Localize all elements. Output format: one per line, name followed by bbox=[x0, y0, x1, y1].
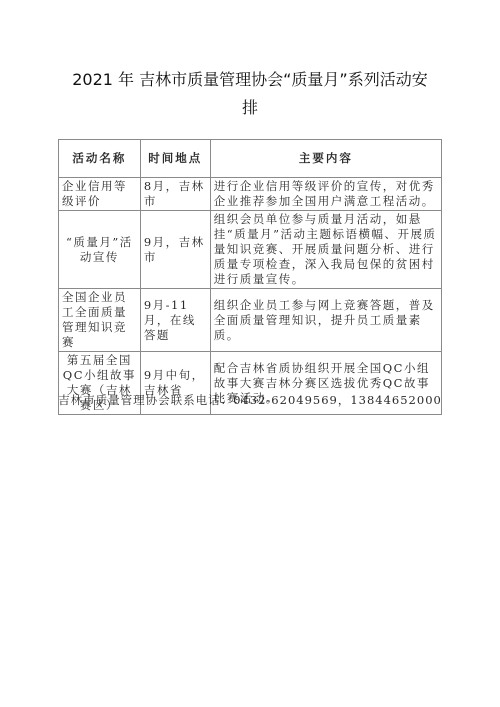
contact-phone: 吉林市质量管理协会联系电话：0432-62049569，13844652000 bbox=[40, 392, 460, 408]
main-content: 进行企业信用等级评价的宣传，对优秀企业推荐参加全国用户满意工程活动。 bbox=[210, 178, 441, 211]
title-line-2: 排 bbox=[40, 94, 460, 122]
main-content: 组织企业员工参与网上竞赛答题，普及全面质量管理知识，提升员工质量素质。 bbox=[210, 289, 441, 352]
activity-name: “质量月”活动宣传 bbox=[59, 211, 141, 289]
header-main-content: 主要内容 bbox=[210, 140, 441, 178]
title-line-1: 2021 年 吉林市质量管理协会“质量月”系列活动安 bbox=[40, 66, 460, 94]
document-title: 2021 年 吉林市质量管理协会“质量月”系列活动安 排 bbox=[40, 66, 460, 122]
activity-name: 企业信用等级评价 bbox=[59, 178, 141, 211]
header-activity-name: 活动名称 bbox=[59, 140, 141, 178]
table-row: “质量月”活动宣传 9月，吉林市 组织会员单位参与质量月活动，如悬挂“质量月”活… bbox=[59, 211, 442, 289]
activity-name: 全国企业员工全面质量管理知识竞赛 bbox=[59, 289, 141, 352]
time-place: 9月-11月，在线答题 bbox=[140, 289, 210, 352]
time-place: 9月，吉林市 bbox=[140, 211, 210, 289]
header-time-place: 时间地点 bbox=[140, 140, 210, 178]
activity-schedule-table: 活动名称 时间地点 主要内容 企业信用等级评价 8月，吉林市 进行企业信用等级评… bbox=[58, 139, 442, 415]
time-place: 8月，吉林市 bbox=[140, 178, 210, 211]
table-row: 企业信用等级评价 8月，吉林市 进行企业信用等级评价的宣传，对优秀企业推荐参加全… bbox=[59, 178, 442, 211]
main-content: 组织会员单位参与质量月活动，如悬挂“质量月”活动主题标语横幅、开展质量知识竞赛、… bbox=[210, 211, 441, 289]
table-row: 全国企业员工全面质量管理知识竞赛 9月-11月，在线答题 组织企业员工参与网上竞… bbox=[59, 289, 442, 352]
table-header-row: 活动名称 时间地点 主要内容 bbox=[59, 140, 442, 178]
